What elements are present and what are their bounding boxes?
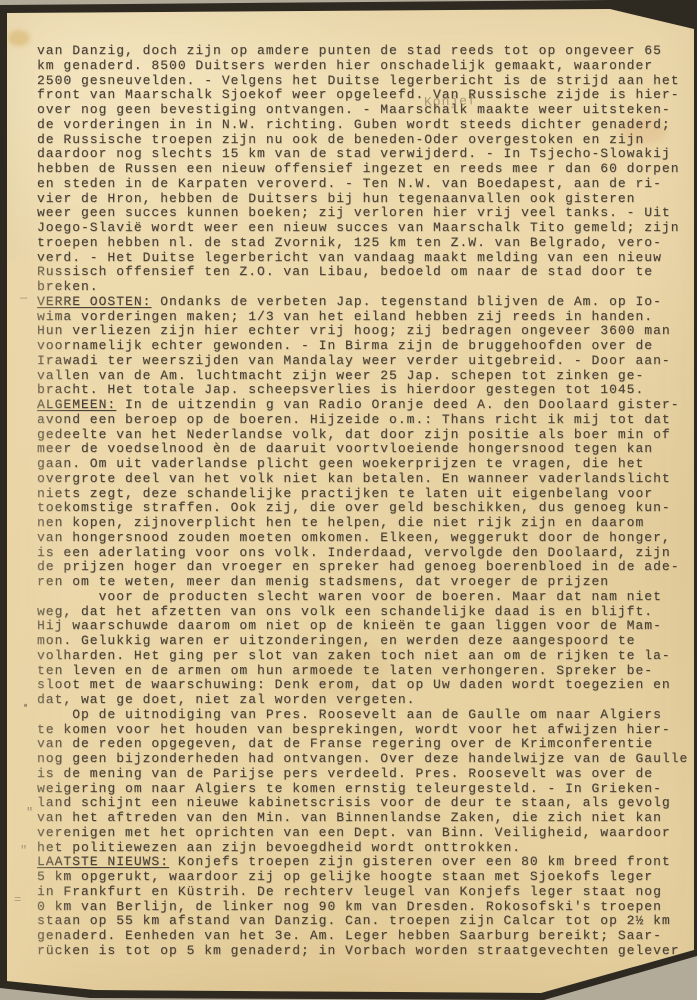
text-line: weg, dat het afzetten van ons volk een s… [37,605,697,620]
section-header: ALGEMEEN: [37,397,116,412]
margin-mark: " [26,806,33,820]
text-line: van hongersnood zouden moeten omkomen. E… [37,531,697,546]
text-line: in Frankfurt en Küstrih. De rechterv leu… [37,885,697,900]
text-line: hebben de Russen een nieuw offensief ing… [37,162,697,177]
text-line: vier de Hron, hebben de Duitsers bij hun… [37,192,697,207]
text-line: Hij waarschuwde daarom om niet op de kni… [37,619,697,634]
text-line: van Danzig, doch zijn op amdere punten d… [37,44,697,59]
text-line: vallen van de Am. luchtmacht zijn weer 2… [37,369,697,384]
text-line: verenigen met het oprichten van een Dept… [37,826,697,841]
text-line: voornamelijk echter gewonden. - In Birma… [37,339,697,354]
text-line: genaderd. Eenheden van het 3e. Am. Leger… [37,929,697,944]
text-line: staan op 55 km afstand van Danzig. Can. … [37,914,697,929]
text-line: daardoor nog slechts 15 km van de stad v… [37,147,697,162]
margin-mark: " [20,844,27,858]
text-line: 0 km van Berlijn, de linker nog 90 km va… [37,900,697,915]
text-line: Irawadi ter weerszijden van Mandalay wee… [37,354,697,369]
text-line: over nog geen bevestiging ontvangen. - M… [37,103,697,118]
text-line: Russisch offensief ten Z.O. van Libau, b… [37,265,697,280]
text-line: verd. - Het Duitse legerbericht van vand… [37,251,697,266]
text-line: gaan. Om uit vaderlandse plicht geen woe… [37,457,697,472]
text-line: en steden in de Karpaten veroverd. - Ten… [37,177,697,192]
text-line: van de reden opgegeven, dat de Franse re… [37,737,697,752]
text-line: Op de uitnodiging van Pres. Roosevelt aa… [37,708,697,723]
text-line: front van Maarschalk Sjoekof weer opgele… [37,88,697,103]
text-line: Joego-Slavië wordt weer een nieuw succes… [37,221,697,236]
text-line: troepen hebben nl. de stad Zvornik, 125 … [37,236,697,251]
text-line: nen kopen, zijnoverplicht hen te helpen,… [37,516,697,531]
text-line: dat, wat ge doet, niet zal worden verget… [37,693,697,708]
text-line: breken. [37,280,697,295]
section-header: VERRE OOSTEN: [37,294,151,309]
text-line: bracht. Het totale Jap. scheepsverlies i… [37,383,697,398]
text-line: van het aftreden van den Min. van Binnen… [37,811,697,826]
overtyped-word: Konjef [424,93,477,109]
section-header: LAATSTE NIEUWS: [37,854,169,869]
text-line: weer geen succes kunnen boeken; zij verl… [37,206,697,221]
margin-mark: ▪ [22,699,29,713]
text-line: de vorderingen in in N.W. richting. Gube… [37,118,697,133]
text-line: Hun verliezen zijn hier echter vrij hoog… [37,324,697,339]
text-line: wima vorderingen maken; 1/3 van het eila… [37,310,697,325]
scanned-page: van Danzig, doch zijn op amdere punten d… [0,0,697,1000]
text-line: ten leven en de armen om hun armoede te … [37,664,697,679]
text-line: meer de voedselnood èn de daaruit voortv… [37,442,697,457]
text-line: LAATSTE NIEUWS: Konjefs troepen zijn gis… [37,855,697,870]
text-line: land schijnt een nieuwe kabinetscrisis v… [37,796,697,811]
text-line: mon. Gelukkig waren er uitzonderingen, e… [37,634,697,649]
text-line: km genaderd. 8500 Duitsers werden hier o… [37,59,697,74]
text-line: volharden. Het ging per slot van zaken t… [37,649,697,664]
text-line: te komen voor het houden van besprekinge… [37,723,697,738]
text-block: van Danzig, doch zijn op amdere punten d… [37,44,697,959]
text-line: sloot met de waarschuwing: Denk erom, da… [37,678,697,693]
paper: van Danzig, doch zijn op amdere punten d… [0,0,697,1000]
stain [8,30,30,46]
text-line: de Russische troepen zijn nu ook de bene… [37,133,697,148]
margin-mark: — [20,291,27,305]
text-line: voor de producten slecht waren voor de b… [37,590,697,605]
text-line: ren om te weten, meer dan menig stadsmen… [37,575,697,590]
text-line: ALGEMEEN: In de uitzendin g van Radio Or… [37,398,697,413]
text-line: avond een beroep op de boeren. Hijzeide … [37,413,697,428]
text-line: nog geen bijzonderheden had ontvangen. O… [37,752,697,767]
text-line: toekomstige straffen. Ook zij, die over … [37,501,697,516]
text-line: weigering om naar Algiers te komen ernst… [37,782,697,797]
margin-mark: = [14,893,21,907]
text-line: 2500 gesneuvelden. - Velgens het Duitse … [37,74,697,89]
text-line: de prijzen hoger dan vroeger en spreker … [37,560,697,575]
text-line: 5 km opgerukt, waardoor zij op gelijke h… [37,870,697,885]
text-line: gedeelte van het Nederlandse volk, dat d… [37,428,697,443]
text-line: is een aderlating voor ons volk. Inderda… [37,546,697,561]
text-line: rücken is tot op 5 km genaderd; in Vorba… [37,944,697,959]
text-line: is de mening van de Parijse pers verdeel… [37,767,697,782]
text-line: niets zegt, deze schandelijke practijken… [37,487,697,502]
text-line: het politiewezen aan zijn bevoegdheid wo… [37,841,697,856]
text-line: overgrote deel van het volk niet kan bet… [37,472,697,487]
text-line: VERRE OOSTEN: Ondanks de verbeten Jap. t… [37,295,697,310]
